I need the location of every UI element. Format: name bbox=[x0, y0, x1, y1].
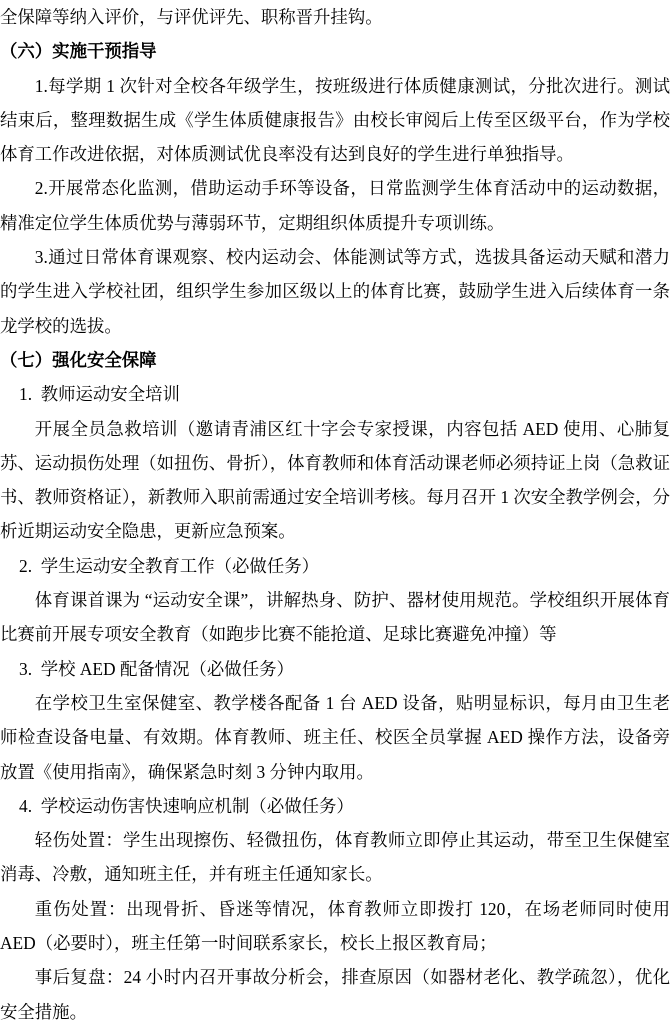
paragraph-fitness-testing: 1.每学期 1 次针对全校各年级学生，按班级进行体质健康测试，分批次进行。测试结… bbox=[0, 69, 670, 172]
paragraph-first-aid-training: 开展全员急救培训（邀请青浦区红十字会专家授课，内容包括 AED 使用、心肺复苏、… bbox=[0, 412, 670, 549]
section-heading-6: （六）实施干预指导 bbox=[0, 34, 670, 68]
paragraph-talent-selection: 3.通过日常体育课观察、校内运动会、体能测试等方式，选拔具备运动天赋和潜力的学生… bbox=[0, 240, 670, 343]
paragraph-severe-injury: 重伤处置：出现骨折、昏迷等情况，体育教师立即拨打 120，在场老师同时使用AED… bbox=[0, 892, 670, 961]
list-item-aed-provision: 3. 学校 AED 配备情况（必做任务） bbox=[0, 652, 670, 686]
list-item-teacher-safety-training: 1. 教师运动安全培训 bbox=[0, 377, 670, 411]
section-heading-7: （七）强化安全保障 bbox=[0, 343, 670, 377]
paragraph-safety-class: 体育课首课为 “运动安全课”，讲解热身、防护、器材使用规范。学校组织开展体育比赛… bbox=[0, 583, 670, 652]
paragraph-routine-monitoring: 2.开展常态化监测，借助运动手环等设备，日常监测学生体育活动中的运动数据，精准定… bbox=[0, 171, 670, 240]
document-page: 全保障等纳入评价，与评优评先、职称晋升挂钩。 （六）实施干预指导 1.每学期 1… bbox=[0, 0, 670, 1024]
list-item-injury-response: 4. 学校运动伤害快速响应机制（必做任务） bbox=[0, 789, 670, 823]
paragraph-post-review: 事后复盘：24 小时内召开事故分析会，排查原因（如器材老化、教学疏忽），优化安全… bbox=[0, 960, 670, 1024]
paragraph-minor-injury: 轻伤处置：学生出现擦伤、轻微扭伤，体育教师立即停止其运动，带至卫生保健室消毒、冷… bbox=[0, 823, 670, 892]
paragraph-aed-details: 在学校卫生室保健室、教学楼各配备 1 台 AED 设备，贴明显标识，每月由卫生老… bbox=[0, 686, 670, 789]
list-item-student-safety-education: 2. 学生运动安全教育工作（必做任务） bbox=[0, 549, 670, 583]
paragraph-continuation: 全保障等纳入评价，与评优评先、职称晋升挂钩。 bbox=[0, 0, 670, 34]
